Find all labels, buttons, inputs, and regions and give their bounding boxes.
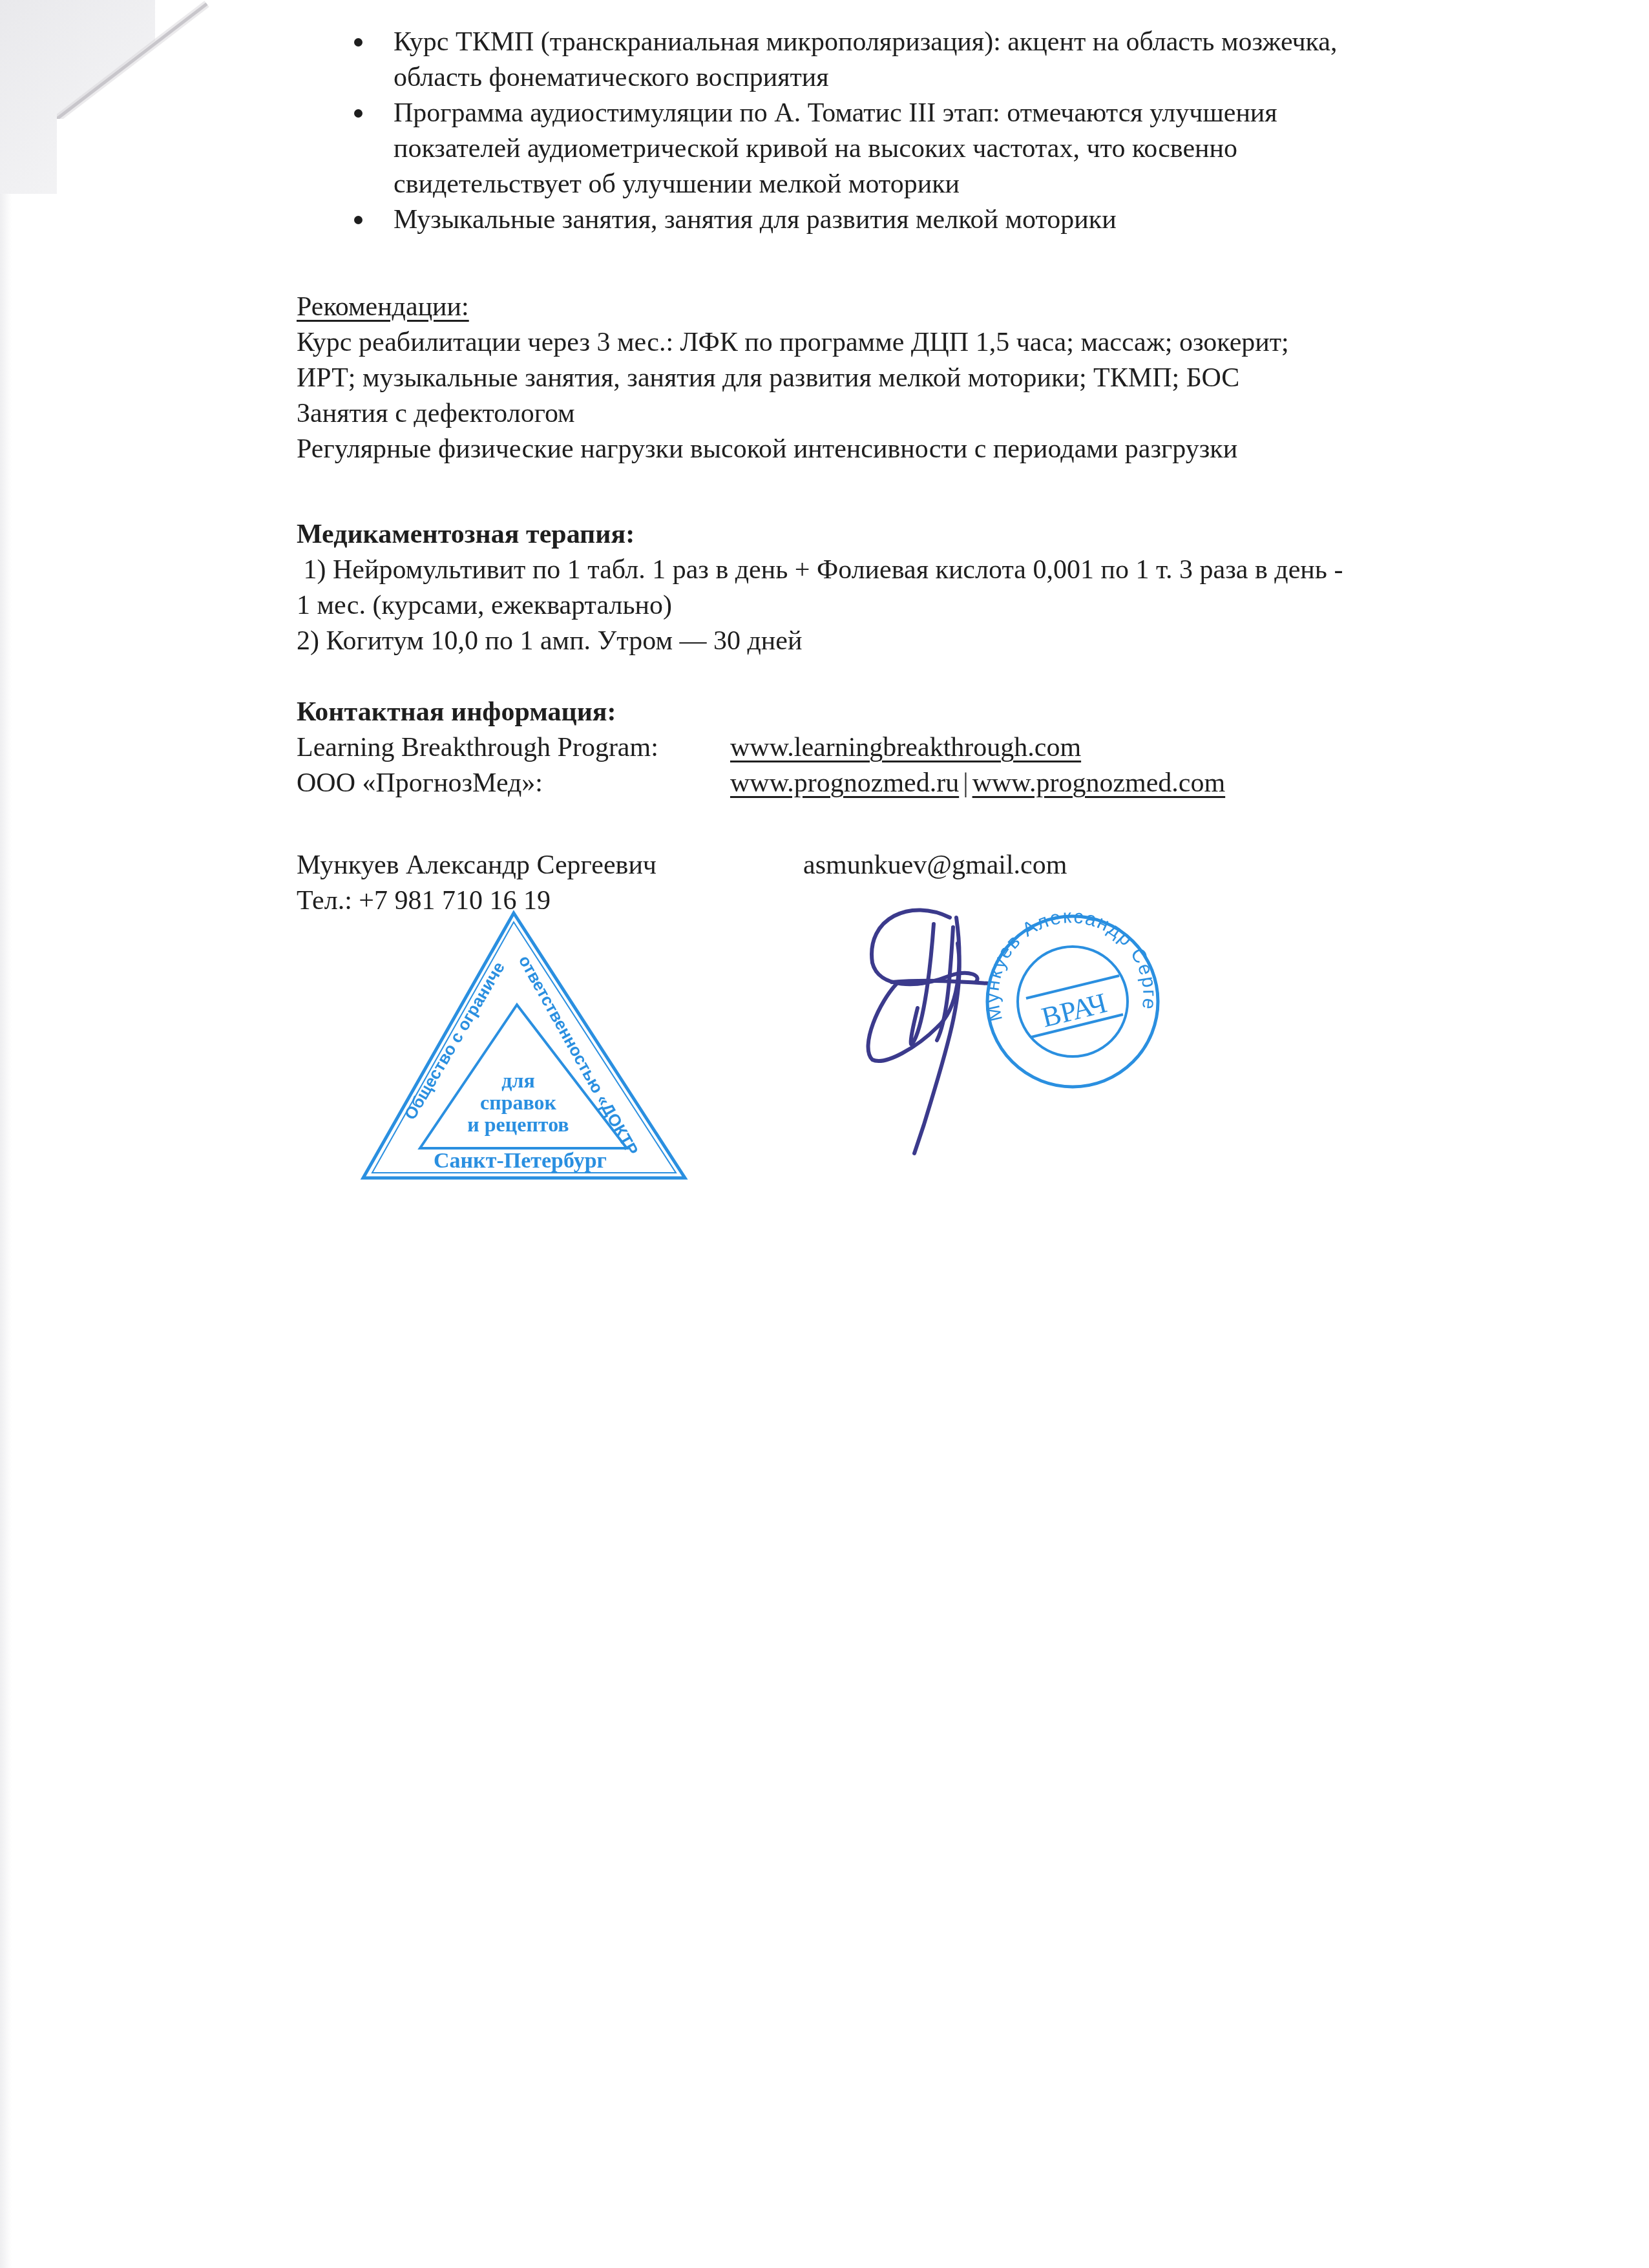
bullet-line: покзателей аудиометрической кривой на вы… bbox=[394, 131, 1338, 167]
signatory-name: Мункуев Александр Сергеевич bbox=[297, 848, 656, 883]
recommendations-heading: Рекомендации: bbox=[297, 289, 469, 325]
medication-line: 1 мес. (курсами, ежеквартально) bbox=[297, 588, 672, 624]
recommendation-line: Регулярные физические нагрузки высокой и… bbox=[297, 432, 1237, 467]
round-doctor-stamp: Мункуев Александр Сергеевич * ВРАЧ bbox=[976, 905, 1170, 1098]
bullet-item-tomatis: Программа аудиостимуляции по А. Томатис … bbox=[354, 96, 1338, 202]
recommendation-line: Курс реабилитации через 3 мес.: ЛФК по п… bbox=[297, 325, 1289, 361]
link-learningbreakthrough[interactable]: www.learningbreakthrough.com bbox=[730, 730, 1081, 766]
bullet-icon bbox=[354, 38, 362, 47]
stamp-bottom-text: Санкт-Петербург bbox=[434, 1149, 607, 1173]
therapy-bullet-list: Курс ТКМП (транскраниальная микрополяриз… bbox=[354, 25, 1338, 238]
contacts-heading: Контактная информация: bbox=[297, 695, 616, 730]
contact-label-lbp: Learning Breakthrough Program: bbox=[297, 730, 658, 766]
bullet-line: Музыкальные занятия, занятия для развити… bbox=[394, 202, 1338, 238]
bullet-line: свидетельствует об улучшении мелкой мото… bbox=[394, 167, 1338, 202]
medication-line: 1) Нейромультивит по 1 табл. 1 раз в ден… bbox=[297, 552, 1343, 588]
link-prognozmed-ru[interactable]: www.prognozmed.ru bbox=[730, 768, 959, 798]
bullet-item-tkmp: Курс ТКМП (транскраниальная микрополяриз… bbox=[354, 25, 1338, 96]
contact-label-prognozmed: ООО «ПрогнозМед»: bbox=[297, 766, 543, 801]
medication-line: 2) Когитум 10,0 по 1 амп. Утром — 30 дне… bbox=[297, 624, 802, 659]
recommendation-line: Занятия с дефектологом bbox=[297, 396, 575, 432]
link-separator: | bbox=[959, 768, 972, 798]
bullet-item-music: Музыкальные занятия, занятия для развити… bbox=[354, 202, 1338, 238]
folded-corner-crease bbox=[57, 0, 212, 119]
link-prognozmed-com[interactable]: www.prognozmed.com bbox=[972, 768, 1226, 798]
recommendation-line: ИРТ; музыкальные занятия, занятия для ра… bbox=[297, 361, 1239, 396]
stamp-center-line2: справок bbox=[480, 1091, 557, 1114]
bullet-line: Программа аудиостимуляции по А. Томатис … bbox=[394, 96, 1338, 131]
prognozmed-links: www.prognozmed.ru|www.prognozmed.com bbox=[730, 766, 1225, 801]
bullet-line: область фонематического восприятия bbox=[394, 60, 1338, 96]
bullet-icon bbox=[354, 216, 362, 224]
bullet-line: Курс ТКМП (транскраниальная микрополяриз… bbox=[394, 25, 1338, 60]
stamp-center-line3: и рецептов bbox=[467, 1113, 569, 1136]
scanned-document-page: Курс ТКМП (транскраниальная микрополяриз… bbox=[0, 0, 1649, 2268]
stamp-center-line1: для bbox=[501, 1069, 534, 1092]
bullet-icon bbox=[354, 109, 362, 118]
medication-heading: Медикаментозная терапия: bbox=[297, 517, 635, 552]
scan-edge-shadow bbox=[0, 116, 12, 2268]
triangle-stamp: Общество с ограниченной ответственностью… bbox=[355, 908, 691, 1205]
signatory-email[interactable]: asmunkuev@gmail.com bbox=[803, 848, 1067, 883]
